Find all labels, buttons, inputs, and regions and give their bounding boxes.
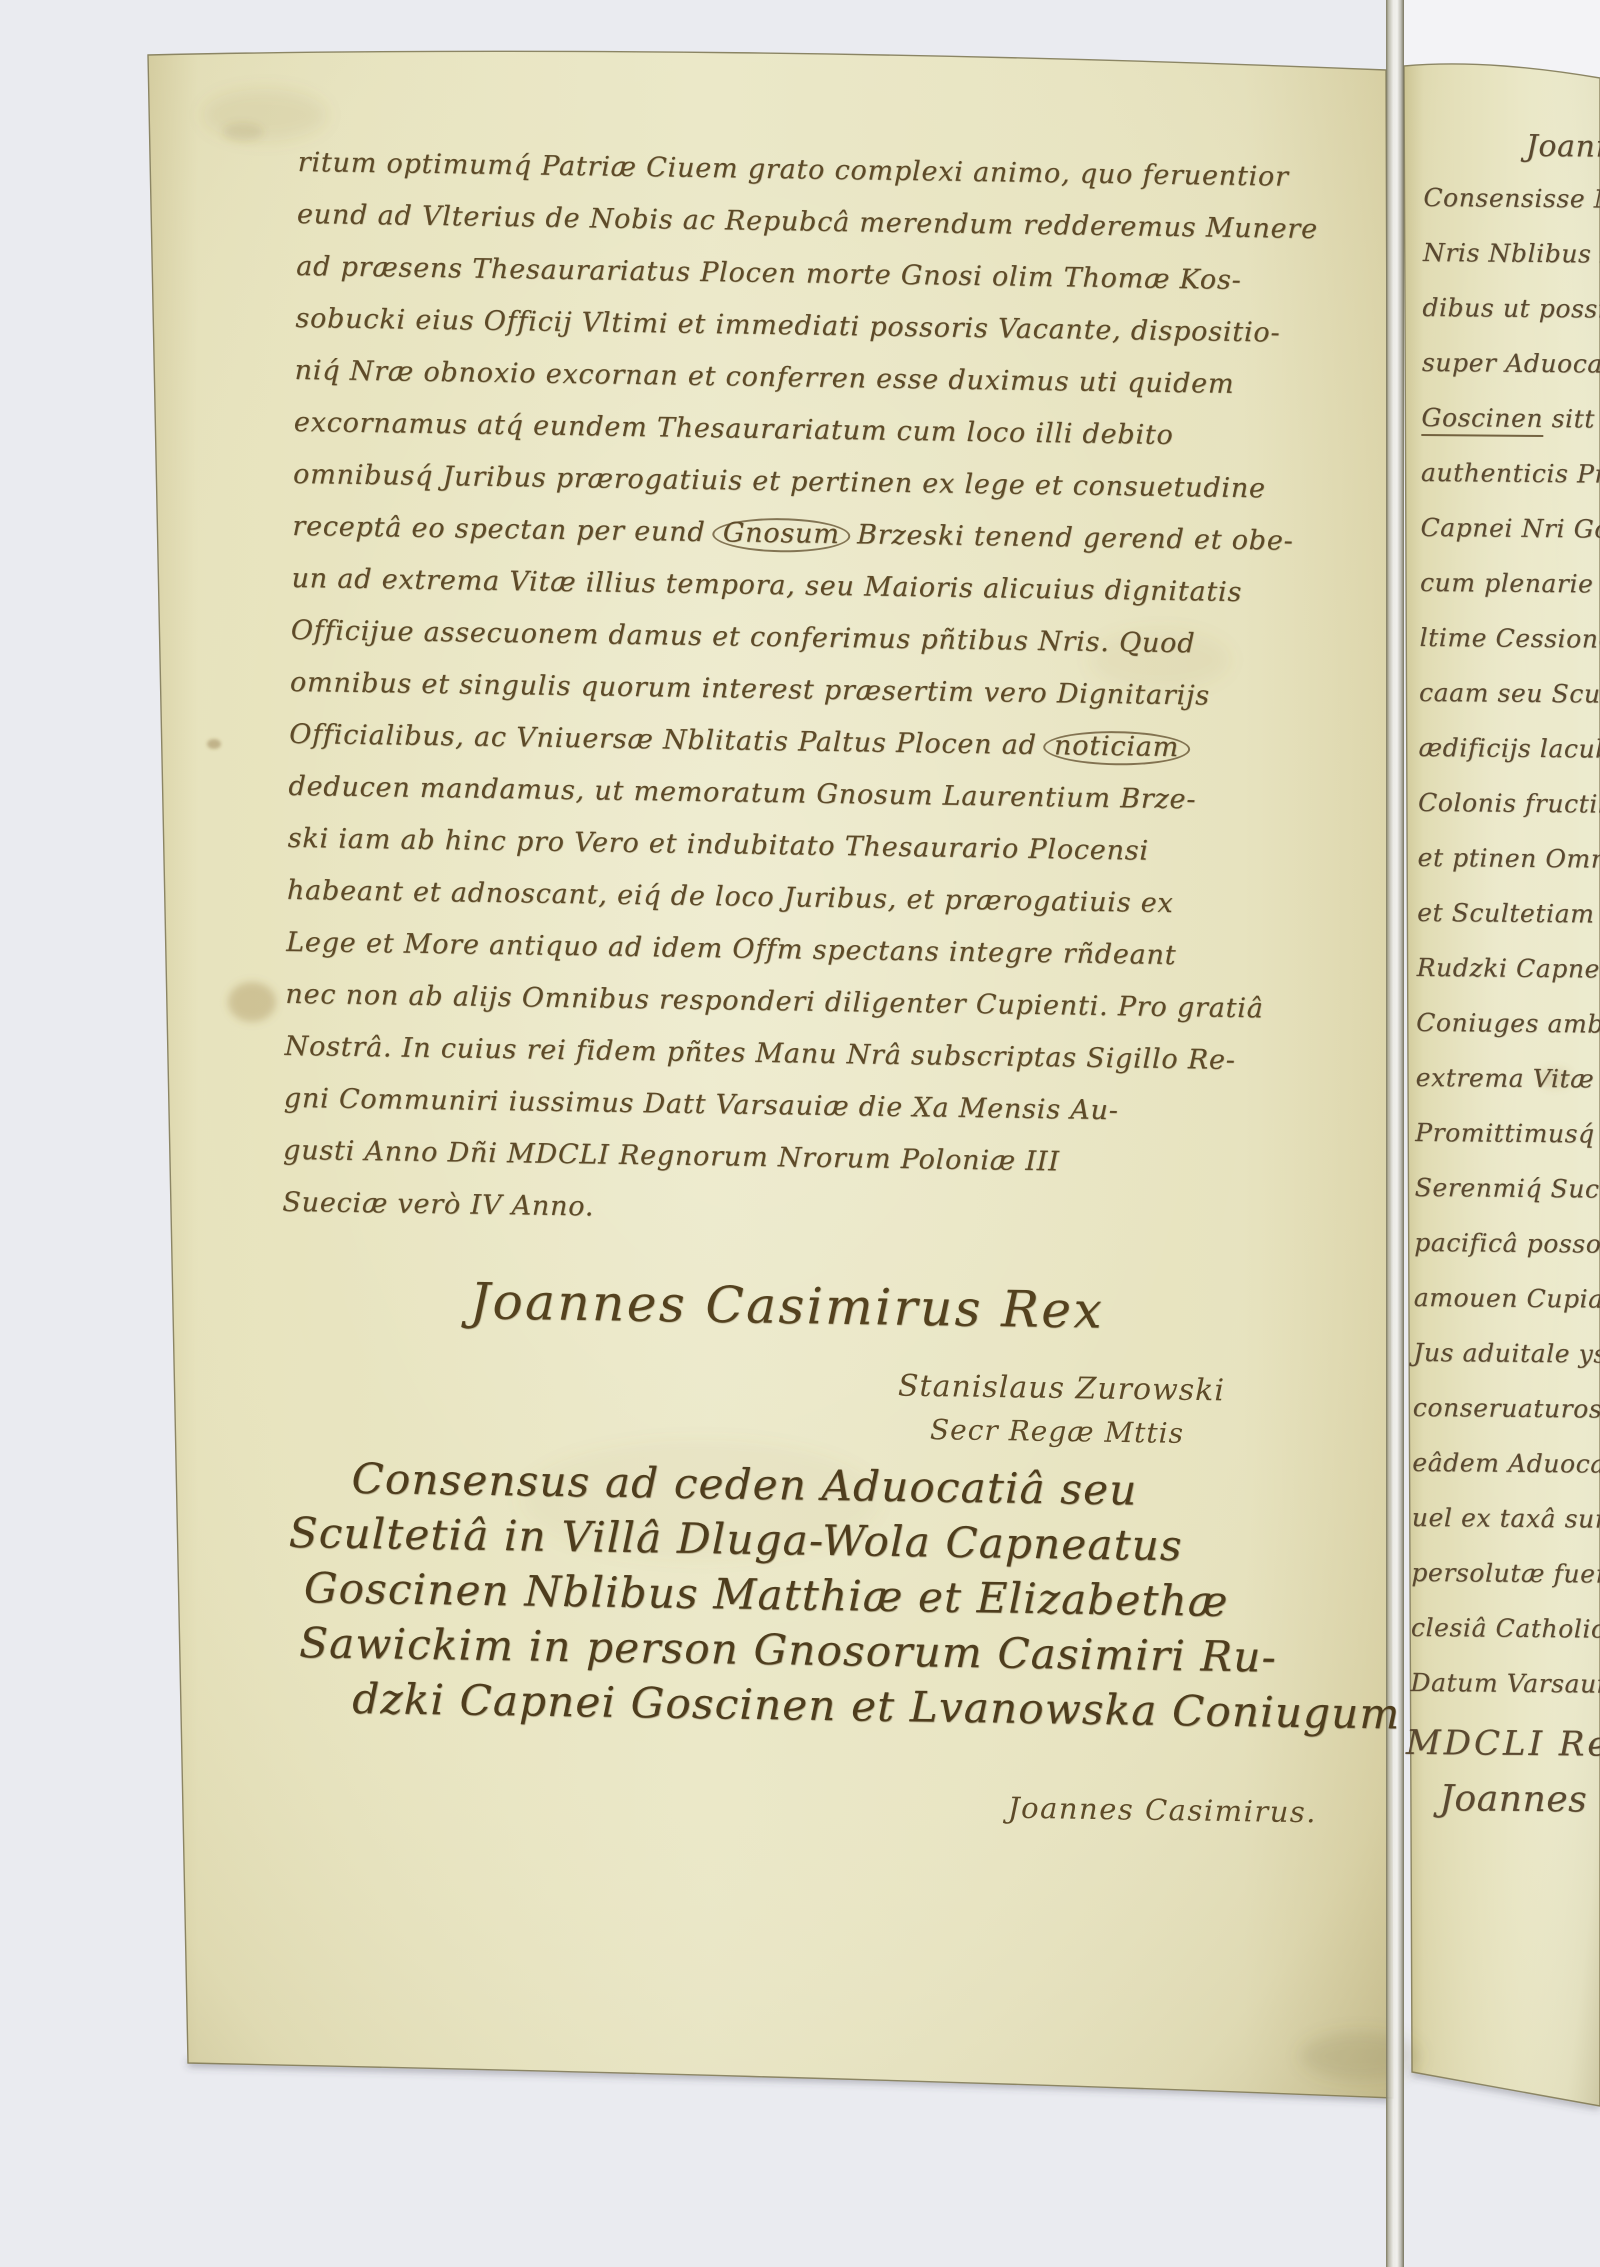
manuscript-scan: ritum optimumq́ Patriæ Ciuem grato compl… [0, 0, 1600, 2267]
faded-folio-smudge [223, 123, 263, 141]
faded-folio-smudge [203, 89, 327, 141]
speck [207, 739, 221, 749]
book-cradle-strip [1386, 0, 1404, 2267]
ink-blot [228, 982, 276, 1022]
foxing [1539, 1068, 1571, 1088]
right-page-vignette [1404, 64, 1600, 2106]
show-through [520, 1440, 880, 1560]
scan-background [0, 0, 1600, 2267]
left-page-vignette [148, 51, 1393, 2098]
foxing [1090, 630, 1230, 690]
